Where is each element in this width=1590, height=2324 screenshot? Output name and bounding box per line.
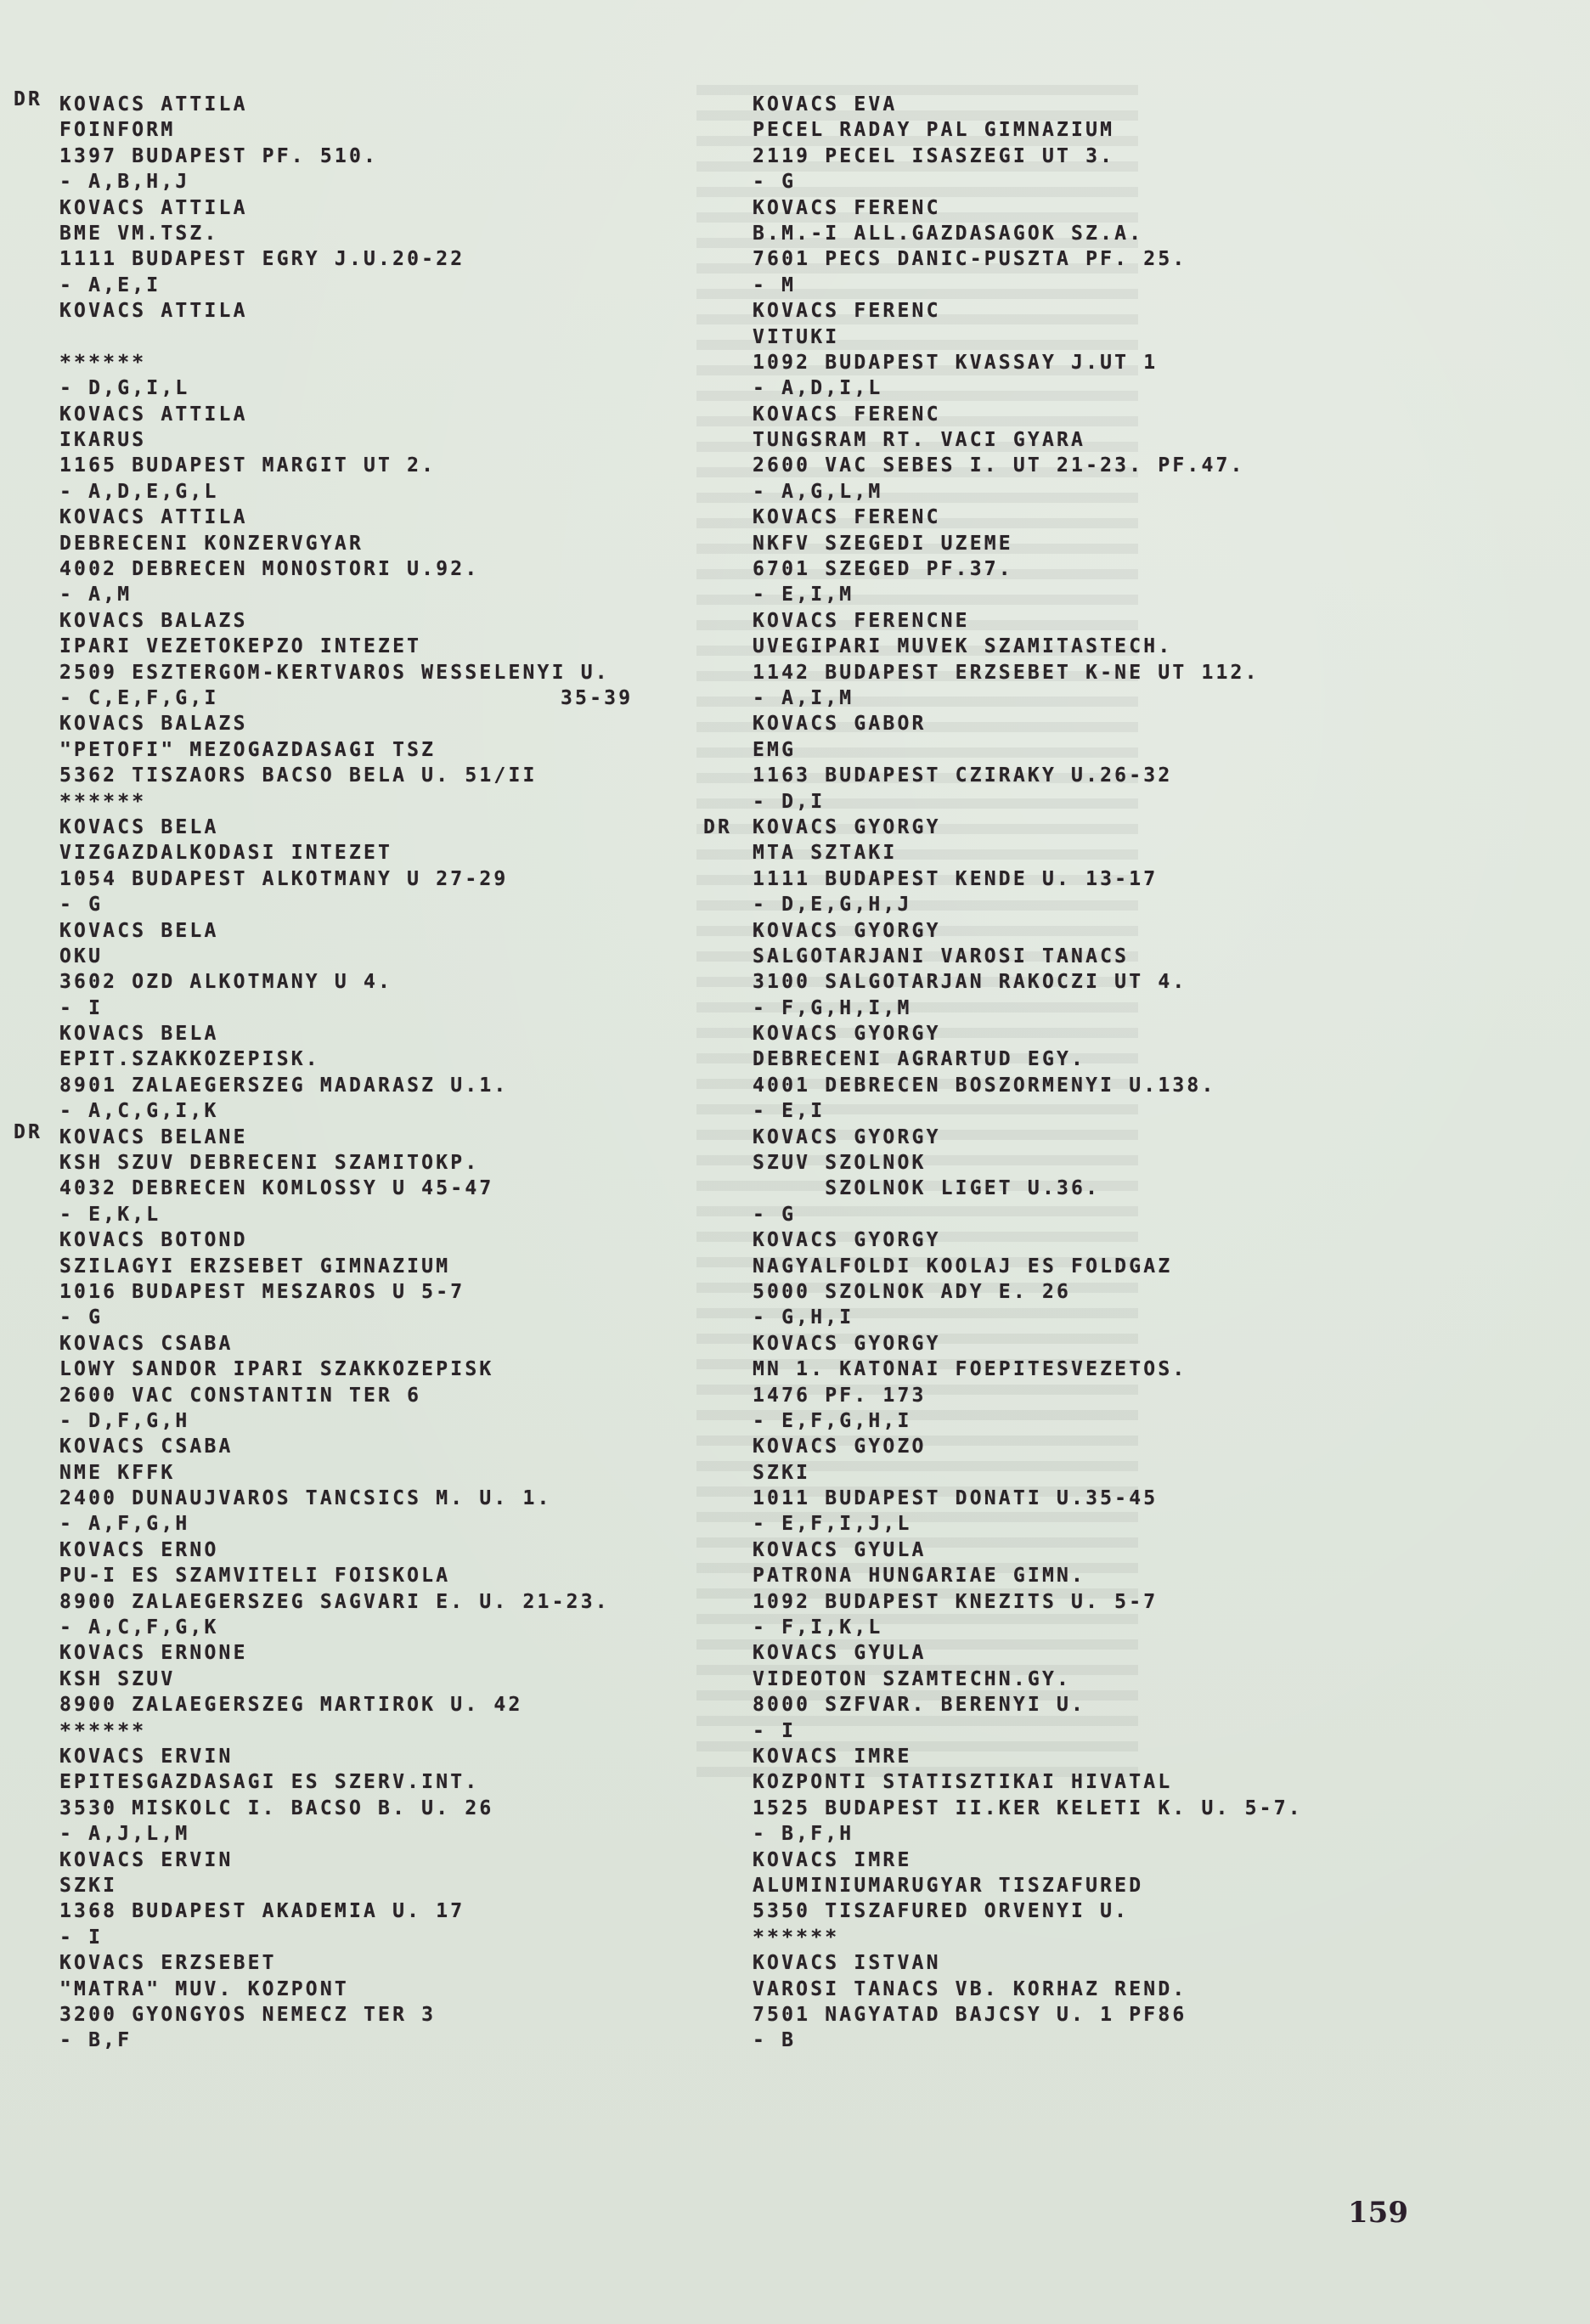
entry-codes-line: - A,M xyxy=(0,582,730,607)
entry-text: KOVACS FERENC xyxy=(753,195,941,221)
entry-text: KOVACS FERENCNE xyxy=(753,608,970,634)
entry-text: - D,E,G,H,J xyxy=(753,892,912,917)
entry-text: ****** xyxy=(59,789,146,815)
directory-entry: KOVACS BOTONDSZILAGYI ERZSEBET GIMNAZIUM… xyxy=(0,1227,730,1331)
directory-entry: KOVACS ISTVANVAROSI TANACS VB. KORHAZ RE… xyxy=(696,1950,1461,2054)
entry-name-line: KOVACS BELA xyxy=(0,815,730,840)
directory-entry: KOVACS ERVINSZKI1368 BUDAPEST AKADEMIA U… xyxy=(0,1847,730,1951)
directory-entry: KOVACS GYORGYDEBRECENI AGRARTUD EGY.4001… xyxy=(696,1021,1461,1125)
entry-text: 2400 DUNAUJVAROS TANCSICS M. U. 1. xyxy=(59,1486,552,1511)
page-number: 159 xyxy=(1348,2196,1408,2230)
entry-name-line: KOVACS IMRE xyxy=(696,1847,1461,1873)
entry-name-line: KOVACS GYULA xyxy=(696,1537,1461,1563)
entry-text: SZUV SZOLNOK xyxy=(753,1150,927,1176)
entry-text: SALGOTARJANI VAROSI TANACS xyxy=(753,944,1129,969)
entry-address-line: 2600 VAC SEBES I. UT 21-23. PF.47. xyxy=(696,453,1461,478)
entry-text: - I xyxy=(59,1925,103,1950)
directory-entry: KOVACS IMREALUMINIUMARUGYAR TISZAFURED53… xyxy=(696,1847,1461,1951)
entry-name-line: KOVACS FERENC xyxy=(696,402,1461,427)
entry-organization-line: NAGYALFOLDI KOOLAJ ES FOLDGAZ xyxy=(696,1254,1461,1279)
entry-text: 4002 DEBRECEN MONOSTORI U.92. xyxy=(59,556,479,582)
entry-organization-line: VAROSI TANACS VB. KORHAZ REND. xyxy=(696,1977,1461,2002)
entry-text: - A,D,E,G,L xyxy=(59,479,219,505)
entry-address-line: 7501 NAGYATAD BAJCSY U. 1 PF86 xyxy=(696,2002,1461,2028)
entry-text: FOINFORM xyxy=(59,117,175,143)
directory-entry: KOVACS ERNONEKSH SZUV8900 ZALAEGERSZEG M… xyxy=(0,1640,730,1744)
entry-text: KOVACS ATTILA xyxy=(59,92,248,117)
directory-entry: KOVACS BELAEPIT.SZAKKOZEPISK.8901 ZALAEG… xyxy=(0,1021,730,1125)
entry-address-line: 1525 BUDAPEST II.KER KELETI K. U. 5-7. xyxy=(696,1796,1461,1821)
entry-organization-line: FOINFORM xyxy=(0,117,730,143)
entry-text: - F,G,H,I,M xyxy=(753,996,912,1021)
entry-text: 2119 PECEL ISASZEGI UT 3. xyxy=(753,144,1114,169)
entry-address-line: 1163 BUDAPEST CZIRAKY U.26-32 xyxy=(696,763,1461,788)
entry-address-line: 3200 GYONGYOS NEMECZ TER 3 xyxy=(0,2002,730,2028)
directory-entry: KOVACS GYOZOSZKI1011 BUDAPEST DONATI U.3… xyxy=(696,1434,1461,1537)
document-page: DRKOVACS ATTILAFOINFORM1397 BUDAPEST PF.… xyxy=(0,0,1590,2324)
directory-entry: KOVACS FERENCNEUVEGIPARI MUVEK SZAMITAST… xyxy=(696,608,1461,712)
entry-text: NAGYALFOLDI KOOLAJ ES FOLDGAZ xyxy=(753,1254,1172,1279)
entry-organization-line: SALGOTARJANI VAROSI TANACS xyxy=(696,944,1461,969)
entry-text: 5350 TISZAFURED ORVENYI U. xyxy=(753,1898,1129,1924)
entry-codes-line: - A,G,L,M xyxy=(696,479,1461,505)
entry-address-line: 8900 ZALAEGERSZEG SAGVARI E. U. 21-23. xyxy=(0,1589,730,1615)
entry-text: VIDEOTON SZAMTECHN.GY. xyxy=(753,1667,1071,1692)
entry-name-line: KOVACS BOTOND xyxy=(0,1227,730,1253)
entry-text: KOVACS ERNONE xyxy=(59,1640,248,1666)
entry-name-line: KOVACS IMRE xyxy=(696,1744,1461,1769)
entry-text: B.M.-I ALL.GAZDASAGOK SZ.A. xyxy=(753,221,1143,246)
entry-name-line: KOVACS GYORGY xyxy=(696,918,1461,944)
entry-text: KOVACS ERZSEBET xyxy=(59,1950,277,1976)
entry-address-line: 1368 BUDAPEST AKADEMIA U. 17 xyxy=(0,1898,730,1924)
entry-text: - A,B,H,J xyxy=(59,169,189,195)
entry-codes-line: - D,F,G,H xyxy=(0,1408,730,1434)
entry-text: - A,M xyxy=(59,582,132,607)
entry-name-line: KOVACS BELA xyxy=(0,918,730,944)
entry-organization-line: DEBRECENI AGRARTUD EGY. xyxy=(696,1046,1461,1072)
entry-codes-line: - B xyxy=(696,2028,1461,2053)
directory-entry: KOVACS BELAOKU3602 OZD ALKOTMANY U 4.- I xyxy=(0,918,730,1022)
entry-text: 4001 DEBRECEN BOSZORMENYI U.138. xyxy=(753,1073,1216,1098)
entry-text: KOVACS IMRE xyxy=(753,1847,912,1873)
entry-text: KOVACS ERVIN xyxy=(59,1744,234,1769)
entry-text: 5362 TISZAORS BACSO BELA U. 51/II xyxy=(59,763,538,788)
entry-address-line: 3602 OZD ALKOTMANY U 4. xyxy=(0,969,730,995)
entry-text: 1142 BUDAPEST ERZSEBET K-NE UT 112. xyxy=(753,660,1260,685)
entry-text: PATRONA HUNGARIAE GIMN. xyxy=(753,1563,1085,1588)
entry-codes-line: - I xyxy=(696,1718,1461,1744)
entry-address-line: SZOLNOK LIGET U.36. xyxy=(696,1176,1461,1201)
title-prefix: DR xyxy=(703,815,732,840)
entry-name-line: KOVACS ISTVAN xyxy=(696,1950,1461,1976)
entry-text: 2509 ESZTERGOM-KERTVAROS WESSELENYI U. xyxy=(59,660,610,685)
entry-text: - G xyxy=(59,892,103,917)
entry-name-line: KOVACS ERNO xyxy=(0,1537,730,1563)
entry-name-line: KOVACS ATTILA xyxy=(0,402,730,427)
entry-address-line: ****** xyxy=(0,350,730,375)
entry-text: VITUKI xyxy=(753,324,839,350)
entry-codes-line: - A,B,H,J xyxy=(0,169,730,195)
entry-address-line: 1092 BUDAPEST KNEZITS U. 5-7 xyxy=(696,1589,1461,1615)
entry-text: EMG xyxy=(753,737,796,763)
directory-entry: KOVACS IMREKOZPONTI STATISZTIKAI HIVATAL… xyxy=(696,1744,1461,1847)
entry-text: 4032 DEBRECEN KOMLOSSY U 45-47 xyxy=(59,1176,493,1201)
entry-text: KOVACS BELA xyxy=(59,815,219,840)
entry-text: OKU xyxy=(59,944,103,969)
entry-name-line: KOVACS FERENCNE xyxy=(696,608,1461,634)
entry-text: 1163 BUDAPEST CZIRAKY U.26-32 xyxy=(753,763,1172,788)
entry-codes-line: - D,G,I,L xyxy=(0,375,730,401)
entry-text: - A,G,L,M xyxy=(753,479,882,505)
entry-address-line: 1016 BUDAPEST MESZAROS U 5-7 xyxy=(0,1279,730,1305)
entry-codes-line: - A,J,L,M xyxy=(0,1821,730,1847)
entry-text: - E,K,L xyxy=(59,1202,161,1227)
entry-text: - A,E,I xyxy=(59,273,161,298)
entry-text: - G xyxy=(753,169,796,195)
entry-text: KOZPONTI STATISZTIKAI HIVATAL xyxy=(753,1769,1172,1795)
entry-text: KOVACS CSABA xyxy=(59,1331,234,1357)
entry-text: - A,I,M xyxy=(753,685,854,711)
entry-name-line: KOVACS EVA xyxy=(696,92,1461,117)
entry-address-line: 8901 ZALAEGERSZEG MADARASZ U.1. xyxy=(0,1073,730,1098)
entry-organization-line: NKFV SZEGEDI UZEME xyxy=(696,531,1461,556)
entry-address-line: 4001 DEBRECEN BOSZORMENYI U.138. xyxy=(696,1073,1461,1098)
entry-text: - F,I,K,L xyxy=(753,1615,882,1640)
entry-name-line: KOVACS FERENC xyxy=(696,195,1461,221)
entry-text: KOVACS EVA xyxy=(753,92,897,117)
entry-organization-line: DEBRECENI KONZERVGYAR xyxy=(0,531,730,556)
directory-entry: KOVACS GYULAVIDEOTON SZAMTECHN.GY.8000 S… xyxy=(696,1640,1461,1744)
entry-codes-line: - A,F,G,H xyxy=(0,1511,730,1537)
entry-name-line: KOVACS BELA xyxy=(0,1021,730,1046)
entry-name-line: KOVACS GYULA xyxy=(696,1640,1461,1666)
entry-text: 8000 SZFVAR. BERENYI U. xyxy=(753,1692,1085,1718)
entry-name-line: KOVACS ERVIN xyxy=(0,1847,730,1873)
entry-address-line: 1476 PF. 173 xyxy=(696,1383,1461,1408)
entry-codes-line: - F,G,H,I,M xyxy=(696,996,1461,1021)
entry-text: 1165 BUDAPEST MARGIT UT 2. xyxy=(59,453,436,478)
entry-address-line: 5362 TISZAORS BACSO BELA U. 51/II xyxy=(0,763,730,788)
entry-organization-line: KSH SZUV xyxy=(0,1667,730,1692)
entry-codes-line: - G,H,I xyxy=(696,1305,1461,1330)
entry-organization-line: MTA SZTAKI xyxy=(696,840,1461,866)
entry-text: - C,E,F,G,I xyxy=(59,685,219,711)
entry-name-line: KOVACS CSABA xyxy=(0,1434,730,1459)
entry-text: 1111 BUDAPEST EGRY J.U.20-22 xyxy=(59,246,465,272)
entry-text: 1525 BUDAPEST II.KER KELETI K. U. 5-7. xyxy=(753,1796,1303,1821)
entry-text: ****** xyxy=(59,1718,146,1744)
entry-organization-line: KOZPONTI STATISZTIKAI HIVATAL xyxy=(696,1769,1461,1795)
entry-text: - A,C,F,G,K xyxy=(59,1615,219,1640)
entry-organization-line: SZKI xyxy=(696,1460,1461,1486)
directory-entry: KOVACS ERVINEPITESGAZDASAGI ES SZERV.INT… xyxy=(0,1744,730,1847)
entry-organization-line: SZUV SZOLNOK xyxy=(696,1150,1461,1176)
entry-text: 3530 MISKOLC I. BACSO B. U. 26 xyxy=(59,1796,493,1821)
directory-entry: KOVACS GYORGYSALGOTARJANI VAROSI TANACS3… xyxy=(696,918,1461,1022)
entry-text: - E,F,I,J,L xyxy=(753,1511,912,1537)
entry-text: LOWY SANDOR IPARI SZAKKOZEPISK xyxy=(59,1357,493,1382)
entry-name-line: KOVACS CSABA xyxy=(0,1331,730,1357)
title-prefix: DR xyxy=(14,1120,42,1145)
directory-entry: KOVACS CSABALOWY SANDOR IPARI SZAKKOZEPI… xyxy=(0,1331,730,1435)
entry-name-line: KOVACS ERNONE xyxy=(0,1640,730,1666)
entry-text: KOVACS IMRE xyxy=(753,1744,912,1769)
entry-codes-line: - A,C,F,G,K xyxy=(0,1615,730,1640)
entry-text: DEBRECENI AGRARTUD EGY. xyxy=(753,1046,1085,1072)
directory-entry: KOVACS ATTILAIKARUS1165 BUDAPEST MARGIT … xyxy=(0,402,730,505)
directory-entry: DRKOVACS ATTILAFOINFORM1397 BUDAPEST PF.… xyxy=(0,92,730,195)
entry-text: - E,F,G,H,I xyxy=(753,1408,912,1434)
directory-entry: KOVACS FERENCTUNGSRAM RT. VACI GYARA2600… xyxy=(696,402,1461,505)
entry-organization-line: VIZGAZDALKODASI INTEZET xyxy=(0,840,730,866)
entry-address-line: 2600 VAC CONSTANTIN TER 6 xyxy=(0,1383,730,1408)
entry-text: VIZGAZDALKODASI INTEZET xyxy=(59,840,392,866)
entry-organization-line: SZKI xyxy=(0,1873,730,1898)
entry-codes-line: - G xyxy=(696,169,1461,195)
entry-text: 7501 NAGYATAD BAJCSY U. 1 PF86 xyxy=(753,2002,1187,2028)
entry-text: KOVACS ATTILA xyxy=(59,402,248,427)
entry-text: - E,I xyxy=(753,1098,825,1124)
entry-text: 3100 SALGOTARJAN RAKOCZI UT 4. xyxy=(753,969,1187,995)
entry-text: KOVACS BELANE xyxy=(59,1125,248,1150)
entry-text: - M xyxy=(753,273,796,298)
entry-text: 1397 BUDAPEST PF. 510. xyxy=(59,144,378,169)
directory-entry: KOVACS GYORGYSZUV SZOLNOK SZOLNOK LIGET … xyxy=(696,1125,1461,1228)
entry-address-line: 1111 BUDAPEST KENDE U. 13-17 xyxy=(696,866,1461,892)
entry-text: KOVACS FERENC xyxy=(753,505,941,530)
entry-organization-line: KSH SZUV DEBRECENI SZAMITOKP. xyxy=(0,1150,730,1176)
entry-name-line: KOVACS ERZSEBET xyxy=(0,1950,730,1976)
entry-codes-line: - A,E,I xyxy=(0,273,730,298)
entry-text: KOVACS BALAZS xyxy=(59,711,248,736)
entry-text: 7601 PECS DANIC-PUSZTA PF. 25. xyxy=(753,246,1187,272)
entry-name-line: KOVACS GYORGY xyxy=(696,1227,1461,1253)
entry-text: 3602 OZD ALKOTMANY U 4. xyxy=(59,969,392,995)
directory-entry: KOVACS FERENCNKFV SZEGEDI UZEME6701 SZEG… xyxy=(696,505,1461,608)
entry-codes-line: - D,E,G,H,J xyxy=(696,892,1461,917)
entry-address-line: 2400 DUNAUJVAROS TANCSICS M. U. 1. xyxy=(0,1486,730,1511)
entry-text: KOVACS GYORGY xyxy=(753,1227,941,1253)
entry-text: ALUMINIUMARUGYAR TISZAFURED xyxy=(753,1873,1143,1898)
entry-codes-line: - I xyxy=(0,1925,730,1950)
entry-text: MTA SZTAKI xyxy=(753,840,897,866)
directory-entry: KOVACS ATTILADEBRECENI KONZERVGYAR4002 D… xyxy=(0,505,730,608)
entry-name-line: KOVACS GYORGY xyxy=(696,1021,1461,1046)
directory-entry: DRKOVACS BELANEKSH SZUV DEBRECENI SZAMIT… xyxy=(0,1125,730,1228)
entry-name-line: DRKOVACS GYORGY xyxy=(696,815,1461,840)
entry-organization-line: BME VM.TSZ. xyxy=(0,221,730,246)
title-prefix: DR xyxy=(14,87,42,112)
entry-text: KOVACS ATTILA xyxy=(59,298,248,324)
entry-text: IKARUS xyxy=(59,427,146,453)
directory-entry: KOVACS ERNOPU-I ES SZAMVITELI FOISKOLA89… xyxy=(0,1537,730,1641)
entry-text: DEBRECENI KONZERVGYAR xyxy=(59,531,364,556)
entry-text: PU-I ES SZAMVITELI FOISKOLA xyxy=(59,1563,450,1588)
entry-text: KOVACS BALAZS xyxy=(59,608,248,634)
entry-text: "MATRA" MUV. KOZPONT xyxy=(59,1977,349,2002)
directory-entry: KOVACS GABOREMG1163 BUDAPEST CZIRAKY U.2… xyxy=(696,711,1461,815)
entry-text: SZKI xyxy=(59,1873,117,1898)
address-continuation: 35-39 xyxy=(561,685,633,711)
directory-entry: KOVACS ATTILABME VM.TSZ.1111 BUDAPEST EG… xyxy=(0,195,730,299)
entry-organization-line: EPIT.SZAKKOZEPISK. xyxy=(0,1046,730,1072)
entry-codes-line: - B,F,H xyxy=(696,1821,1461,1847)
entry-text: - D,G,I,L xyxy=(59,375,189,401)
entry-address-line: 1054 BUDAPEST ALKOTMANY U 27-29 xyxy=(0,866,730,892)
entry-name-line: KOVACS GYOZO xyxy=(696,1434,1461,1459)
entry-name-line: KOVACS GYORGY xyxy=(696,1331,1461,1357)
entry-name-line: KOVACS BALAZS xyxy=(0,608,730,634)
entry-text: - D,I xyxy=(753,789,825,815)
entry-organization-line: LOWY SANDOR IPARI SZAKKOZEPISK xyxy=(0,1357,730,1382)
entry-codes-line: - C,E,F,G,I35-39 xyxy=(0,685,730,711)
entry-text: NKFV SZEGEDI UZEME xyxy=(753,531,1013,556)
entry-organization-line: PU-I ES SZAMVITELI FOISKOLA xyxy=(0,1563,730,1588)
entry-text: 8901 ZALAEGERSZEG MADARASZ U.1. xyxy=(59,1073,508,1098)
entry-text: KOVACS GABOR xyxy=(753,711,927,736)
entry-text: 1016 BUDAPEST MESZAROS U 5-7 xyxy=(59,1279,465,1305)
right-column: KOVACS EVAPECEL RADAY PAL GIMNAZIUM2119 … xyxy=(696,92,1461,2054)
entry-address-line: 4002 DEBRECEN MONOSTORI U.92. xyxy=(0,556,730,582)
entry-codes-line: - E,F,G,H,I xyxy=(696,1408,1461,1434)
entry-codes-line: - E,K,L xyxy=(0,1202,730,1227)
directory-entry: KOVACS EVAPECEL RADAY PAL GIMNAZIUM2119 … xyxy=(696,92,1461,195)
entry-codes-line: - D,I xyxy=(696,789,1461,815)
directory-entry: KOVACS FERENCVITUKI1092 BUDAPEST KVASSAY… xyxy=(696,298,1461,402)
entry-text: PECEL RADAY PAL GIMNAZIUM xyxy=(753,117,1114,143)
entry-organization-line: OKU xyxy=(0,944,730,969)
entry-address-line: 3100 SALGOTARJAN RAKOCZI UT 4. xyxy=(696,969,1461,995)
entry-text: 6701 SZEGED PF.37. xyxy=(753,556,1013,582)
entry-text: KOVACS GYOZO xyxy=(753,1434,927,1459)
entry-name-line: DRKOVACS ATTILA xyxy=(0,92,730,117)
entry-codes-line: - A,D,E,G,L xyxy=(0,479,730,505)
entry-organization-line xyxy=(0,324,730,350)
entry-text: - A,D,I,L xyxy=(753,375,882,401)
entry-text: KSH SZUV DEBRECENI SZAMITOKP. xyxy=(59,1150,479,1176)
entry-text: - B,F,H xyxy=(753,1821,854,1847)
entry-text: NME KFFK xyxy=(59,1460,175,1486)
entry-text: 8900 ZALAEGERSZEG SAGVARI E. U. 21-23. xyxy=(59,1589,610,1615)
entry-organization-line: UVEGIPARI MUVEK SZAMITASTECH. xyxy=(696,634,1461,659)
entry-text: - B,F xyxy=(59,2028,132,2053)
entry-text: KOVACS GYORGY xyxy=(753,918,941,944)
entry-codes-line: - F,I,K,L xyxy=(696,1615,1461,1640)
entry-organization-line: IKARUS xyxy=(0,427,730,453)
entry-text: KOVACS GYORGY xyxy=(753,1331,941,1357)
entry-text: KOVACS BOTOND xyxy=(59,1227,248,1253)
entry-text: UVEGIPARI MUVEK SZAMITASTECH. xyxy=(753,634,1172,659)
directory-entry: KOVACS GYORGYNAGYALFOLDI KOOLAJ ES FOLDG… xyxy=(696,1227,1461,1331)
entry-text: 1368 BUDAPEST AKADEMIA U. 17 xyxy=(59,1898,465,1924)
entry-organization-line: IPARI VEZETOKEPZO INTEZET xyxy=(0,634,730,659)
entry-text: KOVACS ISTVAN xyxy=(753,1950,941,1976)
entry-organization-line: PATRONA HUNGARIAE GIMN. xyxy=(696,1563,1461,1588)
entry-address-line: 1092 BUDAPEST KVASSAY J.UT 1 xyxy=(696,350,1461,375)
entry-text: KOVACS ERNO xyxy=(59,1537,219,1563)
entry-text: - B xyxy=(753,2028,796,2053)
directory-entry: KOVACS FERENCB.M.-I ALL.GAZDASAGOK SZ.A.… xyxy=(696,195,1461,299)
entry-text: 5000 SZOLNOK ADY E. 26 xyxy=(753,1279,1071,1305)
entry-organization-line: TUNGSRAM RT. VACI GYARA xyxy=(696,427,1461,453)
entry-address-line: 1397 BUDAPEST PF. 510. xyxy=(0,144,730,169)
entry-text: - G,H,I xyxy=(753,1305,854,1330)
entry-organization-line: VITUKI xyxy=(696,324,1461,350)
entry-address-line: 2509 ESZTERGOM-KERTVAROS WESSELENYI U. xyxy=(0,660,730,685)
entry-text: KOVACS GYULA xyxy=(753,1640,927,1666)
entry-codes-line: - E,I,M xyxy=(696,582,1461,607)
entry-address-line: 8900 ZALAEGERSZEG MARTIROK U. 42 xyxy=(0,1692,730,1718)
directory-entry: DRKOVACS GYORGYMTA SZTAKI1111 BUDAPEST K… xyxy=(696,815,1461,918)
entry-name-line: KOVACS ERVIN xyxy=(0,1744,730,1769)
entry-codes-line: - I xyxy=(0,996,730,1021)
entry-text: 2600 VAC CONSTANTIN TER 6 xyxy=(59,1383,421,1408)
entry-text: KOVACS GYORGY xyxy=(753,1125,941,1150)
entry-organization-line: "PETOFI" MEZOGAZDASAGI TSZ xyxy=(0,737,730,763)
entry-text: 1054 BUDAPEST ALKOTMANY U 27-29 xyxy=(59,866,508,892)
entry-text: KOVACS BELA xyxy=(59,1021,219,1046)
entry-text: TUNGSRAM RT. VACI GYARA xyxy=(753,427,1085,453)
entry-text: KOVACS GYORGY xyxy=(753,815,941,840)
entry-organization-line: VIDEOTON SZAMTECHN.GY. xyxy=(696,1667,1461,1692)
entry-address-line: 1142 BUDAPEST ERZSEBET K-NE UT 112. xyxy=(696,660,1461,685)
entry-name-line: KOVACS ATTILA xyxy=(0,195,730,221)
entry-name-line: KOVACS ATTILA xyxy=(0,505,730,530)
entry-text: KOVACS ATTILA xyxy=(59,195,248,221)
entry-codes-line: - G xyxy=(0,892,730,917)
entry-codes-line: ****** xyxy=(0,1718,730,1744)
entry-address-line: 5000 SZOLNOK ADY E. 26 xyxy=(696,1279,1461,1305)
entry-text: ****** xyxy=(59,350,146,375)
entry-text: - A,J,L,M xyxy=(59,1821,189,1847)
entry-organization-line: EPITESGAZDASAGI ES SZERV.INT. xyxy=(0,1769,730,1795)
entry-text: - D,F,G,H xyxy=(59,1408,189,1434)
entry-address-line: 3530 MISKOLC I. BACSO B. U. 26 xyxy=(0,1796,730,1821)
entry-text: - E,I,M xyxy=(753,582,854,607)
directory-entry: KOVACS GYULAPATRONA HUNGARIAE GIMN.1092 … xyxy=(696,1537,1461,1641)
entry-address-line: 1111 BUDAPEST EGRY J.U.20-22 xyxy=(0,246,730,272)
entry-text: KOVACS GYORGY xyxy=(753,1021,941,1046)
entry-organization-line: B.M.-I ALL.GAZDASAGOK SZ.A. xyxy=(696,221,1461,246)
entry-codes-line: - B,F xyxy=(0,2028,730,2053)
entry-codes-line: - G xyxy=(696,1202,1461,1227)
entry-address-line: 4032 DEBRECEN KOMLOSSY U 45-47 xyxy=(0,1176,730,1201)
entry-organization-line: "MATRA" MUV. KOZPONT xyxy=(0,1977,730,2002)
entry-text: KOVACS ATTILA xyxy=(59,505,248,530)
entry-text: - A,F,G,H xyxy=(59,1511,189,1537)
directory-entry: KOVACS GYORGYMN 1. KATONAI FOEPITESVEZET… xyxy=(696,1331,1461,1435)
entry-text: 1092 BUDAPEST KNEZITS U. 5-7 xyxy=(753,1589,1158,1615)
entry-organization-line: EMG xyxy=(696,737,1461,763)
entry-codes-line: - A,D,I,L xyxy=(696,375,1461,401)
entry-text: 2600 VAC SEBES I. UT 21-23. PF.47. xyxy=(753,453,1245,478)
entry-text: KSH SZUV xyxy=(59,1667,175,1692)
entry-text: 1011 BUDAPEST DONATI U.35-45 xyxy=(753,1486,1158,1511)
entry-name-line: KOVACS ATTILA xyxy=(0,298,730,324)
entry-text: 8900 ZALAEGERSZEG MARTIROK U. 42 xyxy=(59,1692,523,1718)
entry-address-line: 7601 PECS DANIC-PUSZTA PF. 25. xyxy=(696,246,1461,272)
entry-text: - I xyxy=(59,996,103,1021)
entry-organization-line: ALUMINIUMARUGYAR TISZAFURED xyxy=(696,1873,1461,1898)
entry-text: 1111 BUDAPEST KENDE U. 13-17 xyxy=(753,866,1158,892)
entry-organization-line: NME KFFK xyxy=(0,1460,730,1486)
entry-organization-line: SZILAGYI ERZSEBET GIMNAZIUM xyxy=(0,1254,730,1279)
entry-text: "PETOFI" MEZOGAZDASAGI TSZ xyxy=(59,737,436,763)
entry-text: - I xyxy=(753,1718,796,1744)
entry-text: KOVACS GYULA xyxy=(753,1537,927,1563)
entry-text: EPIT.SZAKKOZEPISK. xyxy=(59,1046,320,1072)
